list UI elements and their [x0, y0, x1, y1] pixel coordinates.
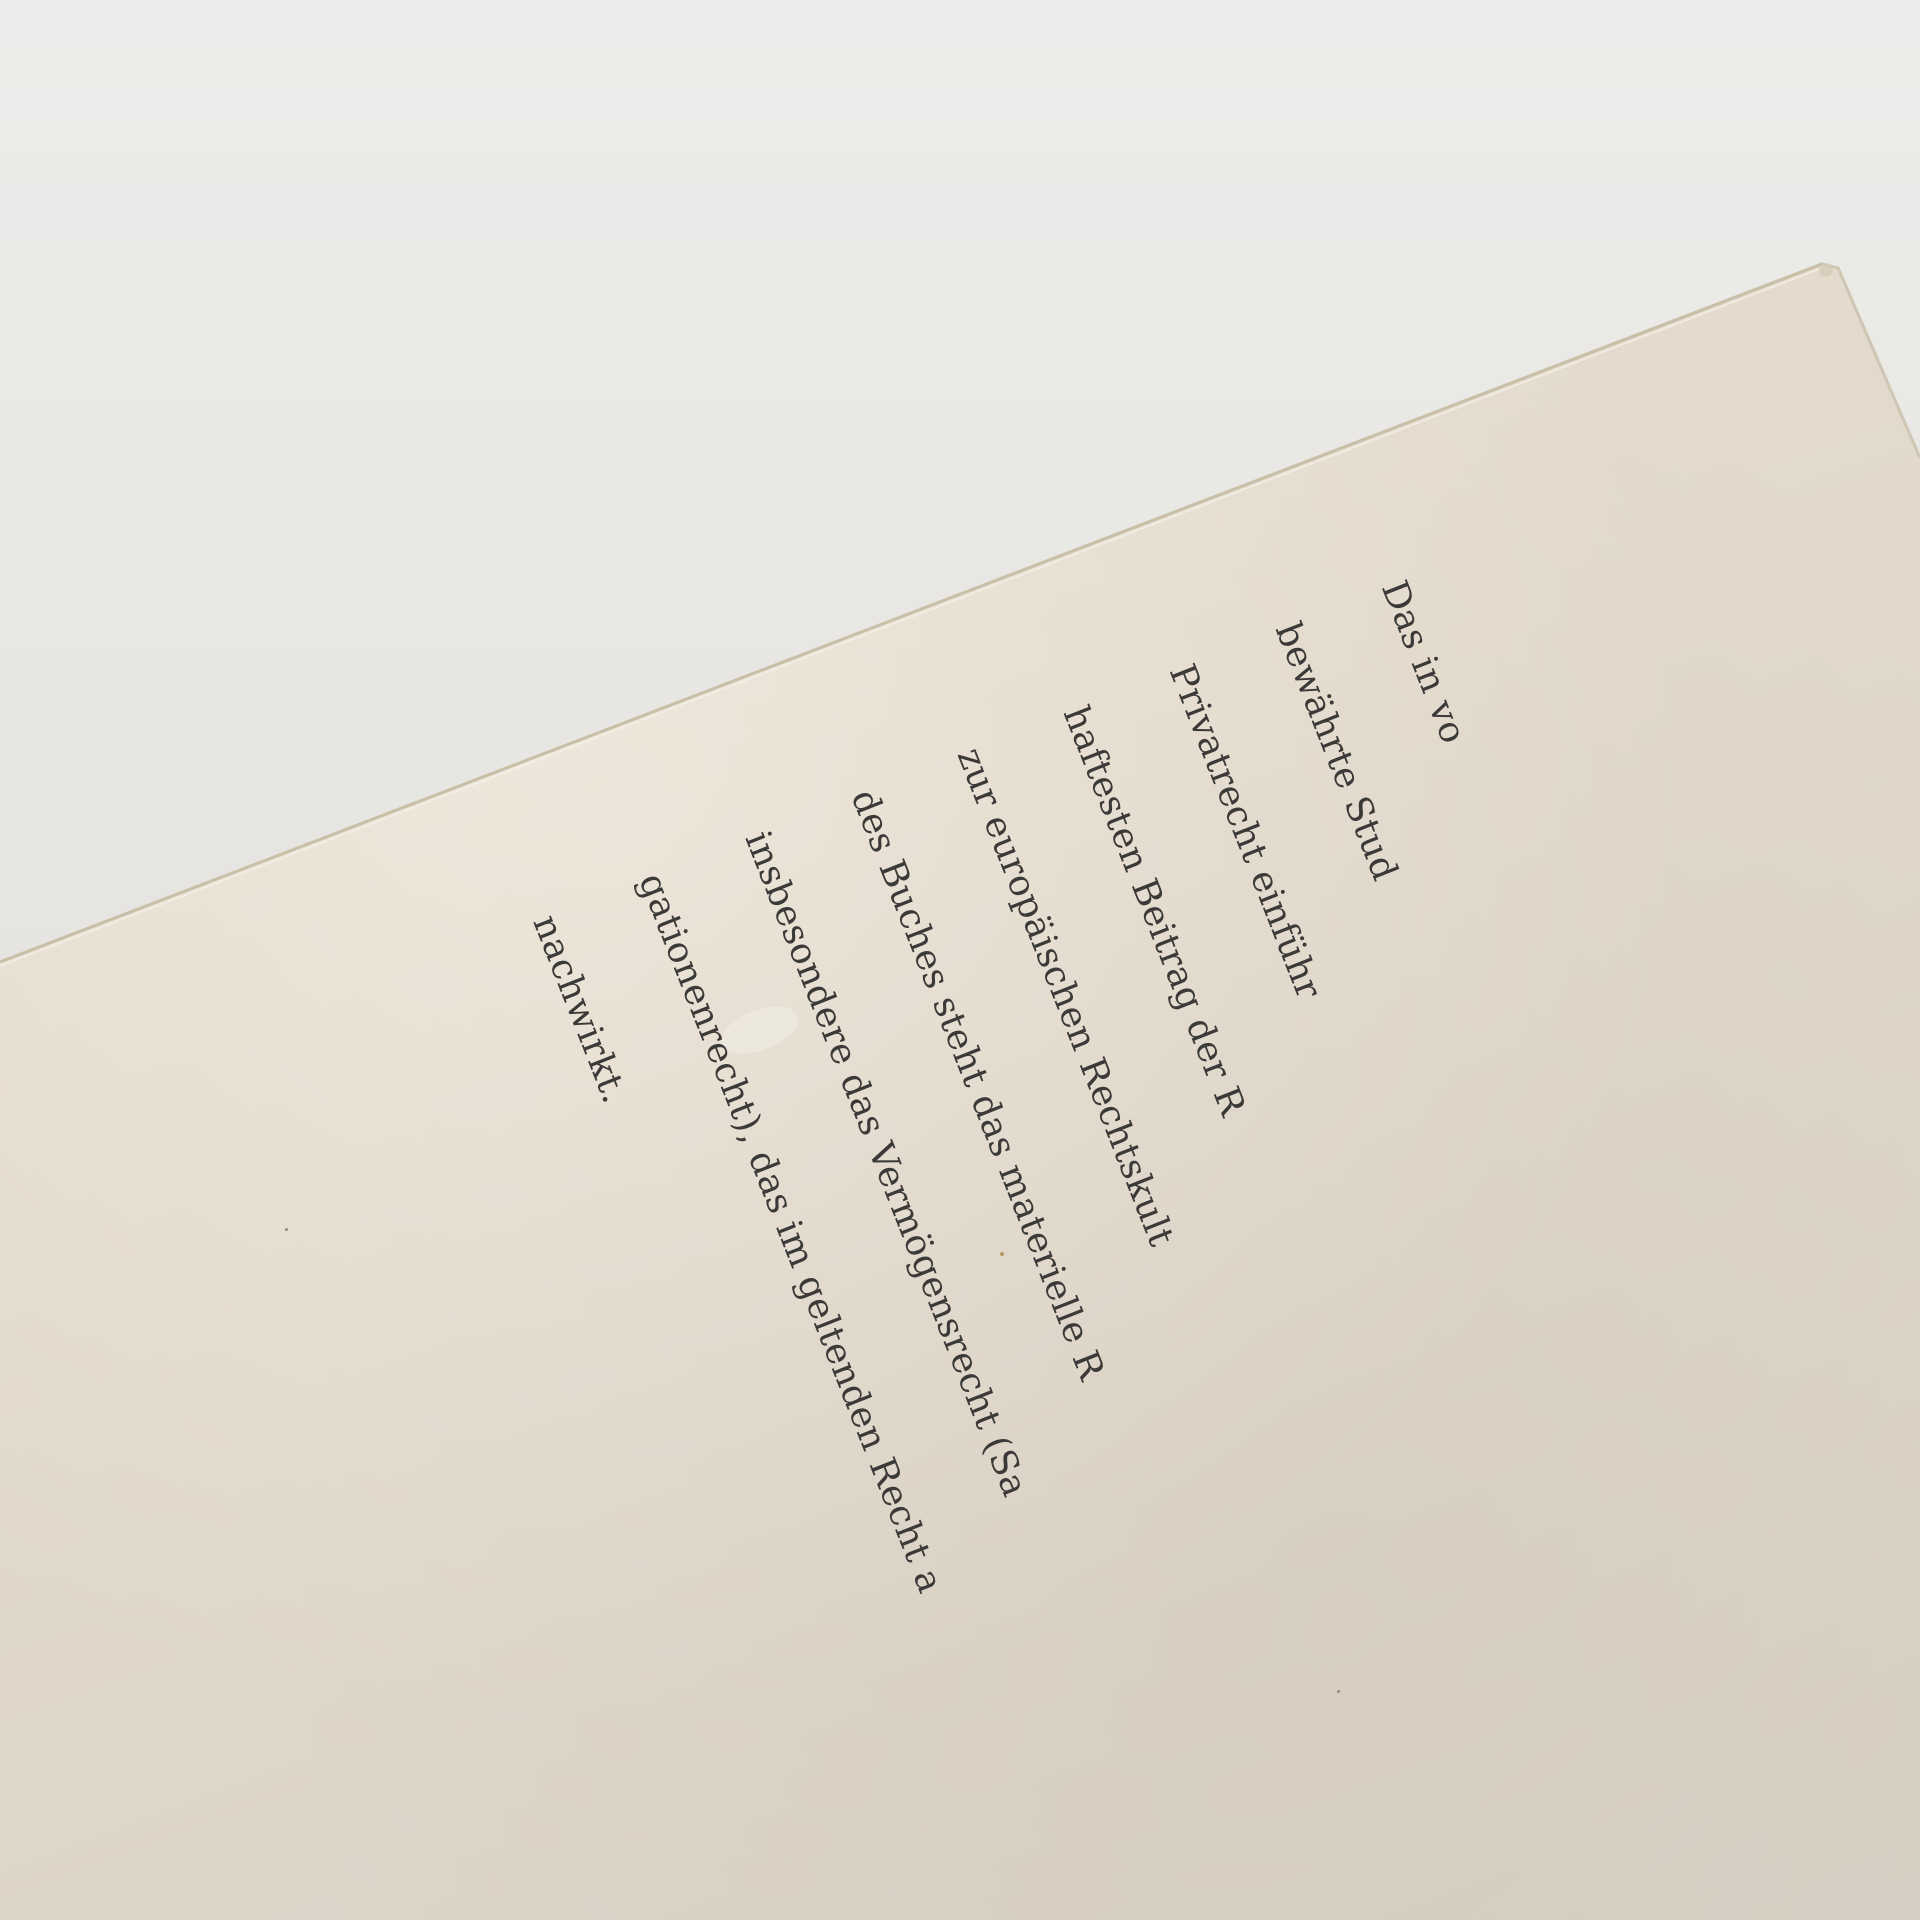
paper-speck [285, 1228, 288, 1231]
photo-scene: Das in vo bewährte Stud Privatrecht einf… [0, 0, 1920, 1920]
paper-speck [1337, 1690, 1340, 1693]
